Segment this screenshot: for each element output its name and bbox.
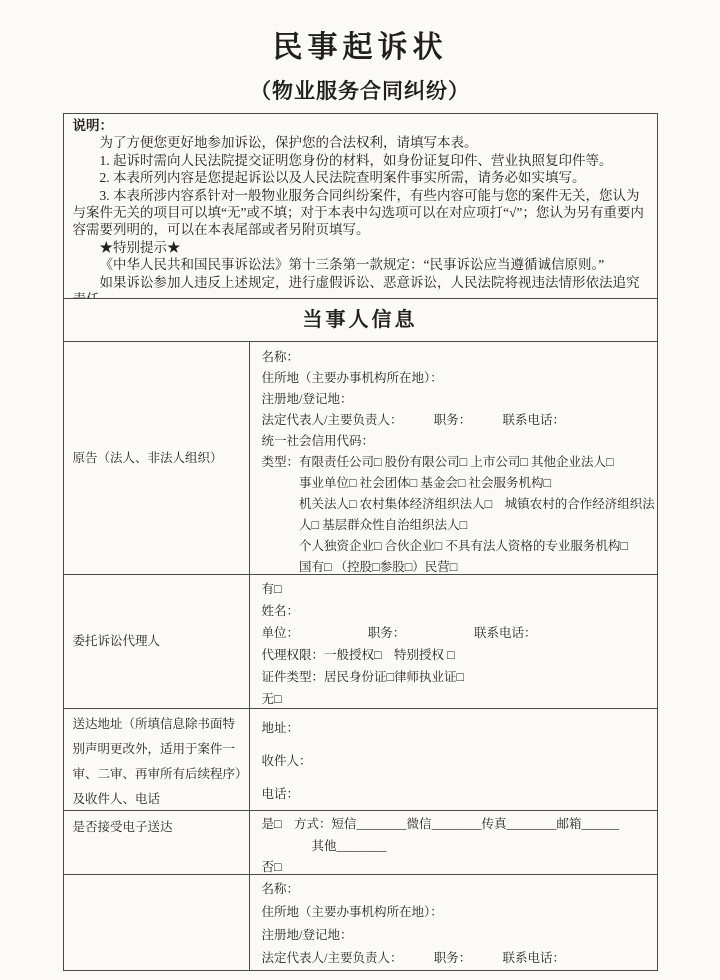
row-fields-electronic-service: 是□ 方式：短信________微信________传真________邮箱__… [250, 811, 657, 874]
text-line: 统一社会信用代码： [262, 431, 653, 452]
text-line: 2. 本表所列内容是您提起诉讼以及人民法院查明案件事实所需，请务必如实填写。 [73, 169, 648, 186]
page-title: 民事起诉状 [0, 22, 720, 66]
instructions-heading: 说明： [73, 117, 648, 134]
text-line: ★特别提示★ [73, 239, 648, 256]
table-row-defendant: 名称：住所地（主要办事机构所在地）：注册地/登记地：法定代表人/主要负责人： 职… [64, 874, 657, 970]
instructions-box: 说明： 为了方便您更好地参加诉讼，保护您的合法权利，请填写本表。1. 起诉时需向… [64, 114, 657, 298]
text-line: 如果诉讼参加人违反上述规定，进行虚假诉讼、恶意诉讼，人民法院将视违法情形依法追究… [73, 274, 648, 298]
table-row-service-address: 送达地址（所填信息除书面特别声明更改外，适用于案件一审、二审、再审所有后续程序）… [64, 708, 657, 810]
text-line: 法定代表人/主要负责人： 职务： 联系电话： [262, 410, 653, 431]
text-line: 无□ [262, 688, 653, 708]
text-line: 地址： [262, 712, 653, 745]
section-header-party-info: 当事人信息 [64, 298, 657, 341]
row-fields-service-address: 地址：收件人：电话： [250, 709, 657, 810]
row-label-defendant [64, 875, 250, 970]
text-line: 住所地（主要办事机构所在地）： [262, 901, 653, 924]
text-line: 名称： [262, 878, 653, 901]
text-line: 有□ [262, 578, 653, 600]
row-label-agent: 委托诉讼代理人 [64, 575, 250, 708]
text-line: 名称： [262, 347, 653, 368]
scanned-form-page: 民事起诉状 （物业服务合同纠纷） 说明： 为了方便您更好地参加诉讼，保护您的合法… [0, 0, 720, 980]
row-fields-plaintiff: 名称：住所地（主要办事机构所在地）：注册地/登记地：法定代表人/主要负责人： 职… [250, 342, 657, 574]
text-line: 收件人： [262, 745, 653, 778]
text-line: 其他________ [262, 836, 653, 858]
table-row-agent: 委托诉讼代理人 有□姓名：单位： 职务： 联系电话：代理权限：一般授权□ 特别授… [64, 574, 657, 708]
complaint-form-table: 说明： 为了方便您更好地参加诉讼，保护您的合法权利，请填写本表。1. 起诉时需向… [63, 113, 658, 971]
table-row-electronic-service: 是否接受电子送达 是□ 方式：短信________微信________传真___… [64, 810, 657, 874]
row-label-service-address: 送达地址（所填信息除书面特别声明更改外，适用于案件一审、二审、再审所有后续程序）… [64, 709, 250, 810]
text-line: 机关法人□ 农村集体经济组织法人□ 城镇农村的合作经济组织法 [262, 494, 653, 515]
text-line: 1. 起诉时需向人民法院提交证明您身份的材料，如身份证复印件、营业执照复印件等。 [73, 152, 648, 169]
row-label-electronic-service: 是否接受电子送达 [64, 811, 250, 874]
text-line: 是□ 方式：短信________微信________传真________邮箱__… [262, 814, 653, 836]
text-line: 代理权限：一般授权□ 特别授权 □ [262, 644, 653, 666]
text-line: 单位： 职务： 联系电话： [262, 622, 653, 644]
text-line: 住所地（主要办事机构所在地）： [262, 368, 653, 389]
text-line: 3. 本表所涉内容系针对一般物业服务合同纠纷案件，有些内容可能与您的案件无关，您… [73, 187, 648, 239]
row-label-plaintiff: 原告（法人、非法人组织） [64, 342, 250, 574]
row-fields-defendant: 名称：住所地（主要办事机构所在地）：注册地/登记地：法定代表人/主要负责人： 职… [250, 875, 657, 970]
text-line: 证件类型：居民身份证□律师执业证□ [262, 666, 653, 688]
text-line: 注册地/登记地： [262, 924, 653, 947]
text-line: 法定代表人/主要负责人： 职务： 联系电话： [262, 947, 653, 970]
text-line: 姓名： [262, 600, 653, 622]
text-line: 事业单位□ 社会团体□ 基金会□ 社会服务机构□ [262, 473, 653, 494]
text-line: 为了方便您更好地参加诉讼，保护您的合法权利，请填写本表。 [73, 134, 648, 151]
table-row-plaintiff: 原告（法人、非法人组织） 名称：住所地（主要办事机构所在地）：注册地/登记地：法… [64, 341, 657, 574]
text-line: 个人独资企业□ 合伙企业□ 不具有法人资格的专业服务机构□ [262, 536, 653, 557]
text-line: 否□ [262, 857, 653, 874]
text-line: 类型：有限责任公司□ 股份有限公司□ 上市公司□ 其他企业法人□ [262, 452, 653, 473]
row-fields-agent: 有□姓名：单位： 职务： 联系电话：代理权限：一般授权□ 特别授权 □证件类型：… [250, 575, 657, 708]
page-subtitle: （物业服务合同纠纷） [0, 75, 720, 105]
text-line: 《中华人民共和国民事诉讼法》第十三条第一款规定：“民事诉讼应当遵循诚信原则。” [73, 256, 648, 273]
text-line: 注册地/登记地： [262, 389, 653, 410]
text-line: 国有□ （控股□参股□）民营□ [262, 557, 653, 574]
text-line: 电话： [262, 778, 653, 810]
text-line: 人□ 基层群众性自治组织法人□ [262, 515, 653, 536]
instructions-paragraphs: 为了方便您更好地参加诉讼，保护您的合法权利，请填写本表。1. 起诉时需向人民法院… [73, 134, 648, 298]
